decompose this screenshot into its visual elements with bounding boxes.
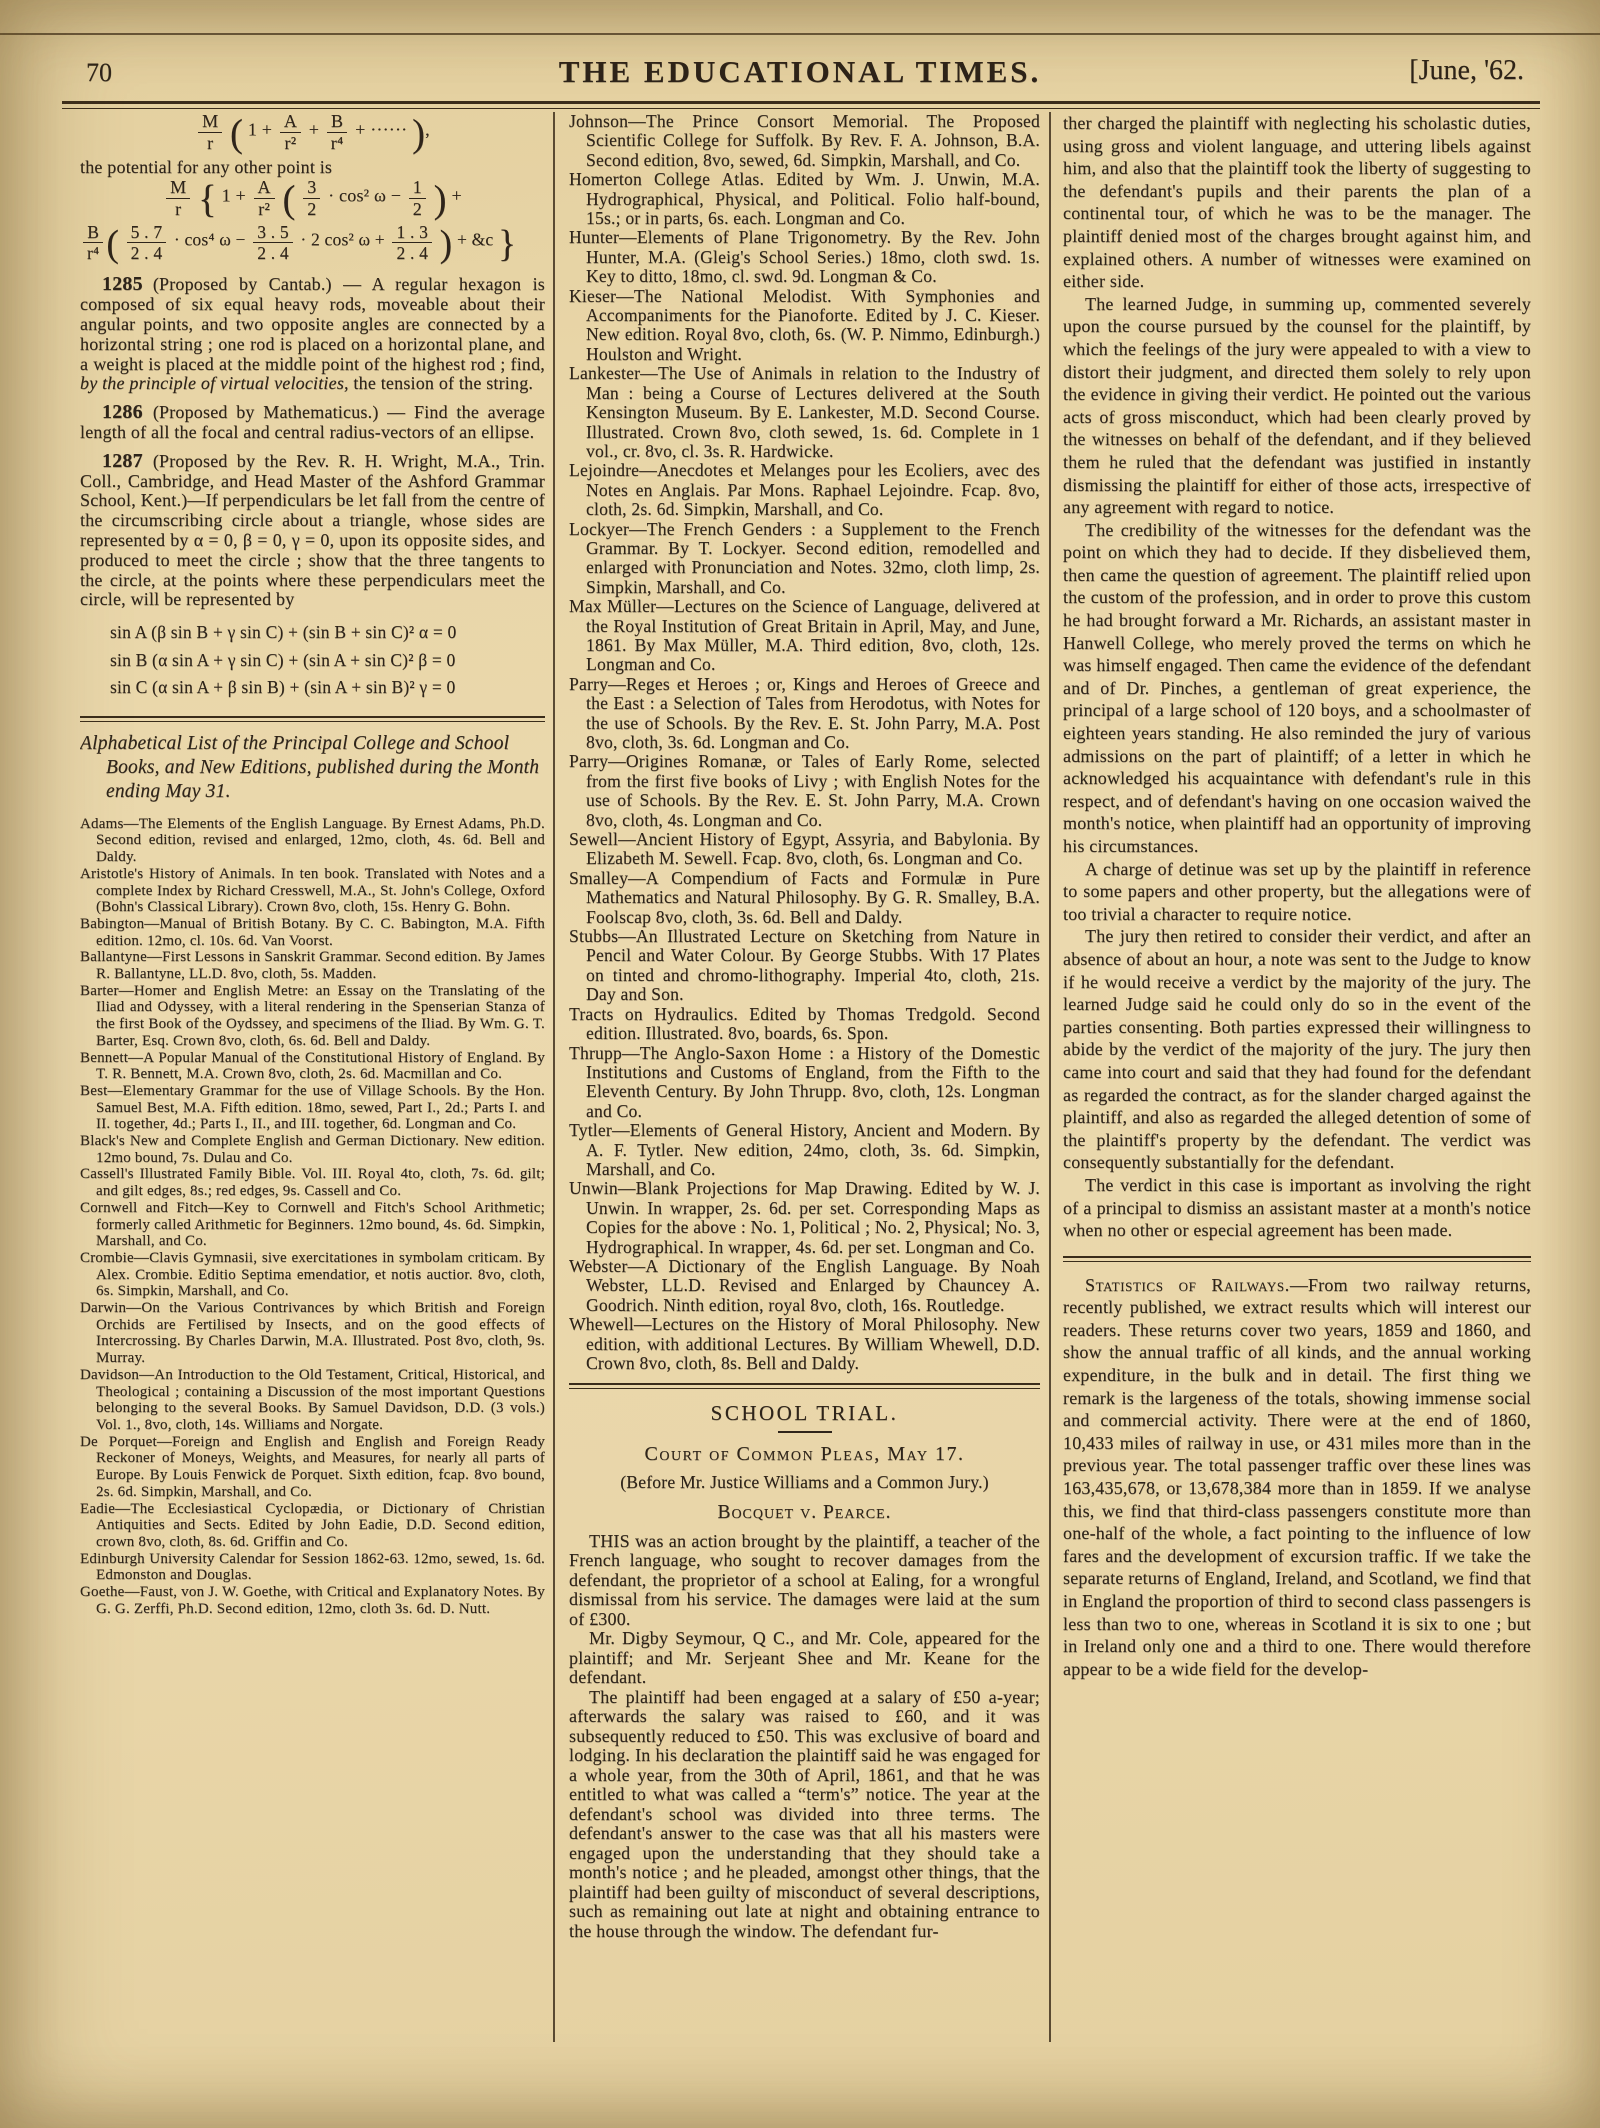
- book-list-heading: Alphabetical List of the Principal Colle…: [80, 732, 545, 804]
- section-double-rule: [569, 1383, 1040, 1389]
- middle-column: Johnson—The Prince Consort Memorial. The…: [569, 112, 1040, 2046]
- book-entry: Lejoindre—Anecdotes et Melanges pour les…: [569, 461, 1040, 519]
- book-entry: Edinburgh University Calendar for Sessio…: [80, 1551, 545, 1584]
- right-column: ther charged the plaintiff with neglecti…: [1063, 112, 1531, 2046]
- book-entry: Thrupp—The Anglo-Saxon Home : a History …: [569, 1044, 1040, 1122]
- book-entry: Tracts on Hydraulics. Edited by Thomas T…: [569, 1005, 1040, 1044]
- railways-heading: Statistics of Railways.: [1085, 1275, 1290, 1295]
- fraction: Mr: [166, 178, 190, 219]
- book-entry: Sewell—Ancient History of Egypt, Assyria…: [569, 830, 1040, 869]
- book-entry: Ballantyne—First Lessons in Sanskrit Gra…: [80, 949, 545, 982]
- book-entry: Max Müller—Lectures on the Science of La…: [569, 597, 1040, 675]
- book-entry: Black's New and Complete English and Ger…: [80, 1133, 545, 1166]
- book-entry: Bennett—A Popular Manual of the Constitu…: [80, 1050, 545, 1083]
- fraction: 32: [303, 178, 320, 219]
- book-entry: Parry—Origines Romanæ, or Tales of Early…: [569, 752, 1040, 830]
- equation-line: sin C (α sin A + β sin B) + (sin A + sin…: [80, 674, 545, 702]
- math-formula-potential: Mr { 1 + Ar² ( 32 · cos² ω − 12 ) +: [80, 178, 545, 222]
- book-entry: Goethe—Faust, von J. W. Goethe, with Cri…: [80, 1584, 545, 1617]
- math-formula-expansion: Br⁴( 5 . 72 . 4 · cos⁴ ω − 3 . 52 . 4 · …: [80, 222, 545, 266]
- fraction: Br⁴: [83, 223, 103, 263]
- trial-paragraph: Mr. Digby Seymour, Q C., and Mr. Cole, a…: [569, 1629, 1040, 1688]
- trial-paragraph: The plaintiff had been engaged at a sala…: [569, 1688, 1040, 1942]
- decorative-dash: [778, 1431, 832, 1433]
- section-double-rule: [1063, 1256, 1531, 1262]
- book-entry: Whewell—Lectures on the History of Moral…: [569, 1315, 1040, 1373]
- equation-line: sin B (α sin A + γ sin C) + (sin A + sin…: [80, 647, 545, 675]
- fraction: 3 . 52 . 4: [253, 223, 293, 263]
- book-entry: De Porquet—Foreign and English and Engli…: [80, 1434, 545, 1501]
- math-intro-text: the potential for any other point is: [80, 156, 545, 178]
- article-title: SCHOOL TRIAL.: [569, 1401, 1040, 1426]
- column-divider-right: [1049, 112, 1051, 2042]
- fraction: Ar²: [254, 178, 275, 219]
- book-entry: Smalley—A Compendium of Facts and Formul…: [569, 869, 1040, 927]
- fraction: 5 . 72 . 4: [127, 223, 167, 263]
- problem-1286: 1286(Proposed by Mathematicus.) — Find t…: [80, 403, 545, 443]
- book-entry: Darwin—On the Various Contrivances by wh…: [80, 1300, 545, 1367]
- problem-number: 1286: [102, 401, 143, 423]
- book-entry: Webster—A Dictionary of the English Lang…: [569, 1257, 1040, 1315]
- equation-line: sin A (β sin B + γ sin C) + (sin B + sin…: [80, 619, 545, 647]
- book-entry: Lankester—The Use of Animals in relation…: [569, 364, 1040, 461]
- problem-1285: 1285(Proposed by Cantab.) — A regular he…: [80, 275, 545, 394]
- trial-paragraph: THIS was an action brought by the plaint…: [569, 1532, 1040, 1630]
- page-top-rule: [0, 33, 1600, 35]
- problem-number: 1287: [102, 450, 143, 472]
- trial-paragraph: The verdict in this case is important as…: [1063, 1174, 1531, 1242]
- math-formula-series: Mr ( 1 + Ar² + Br⁴ + ······ ),: [80, 112, 545, 156]
- fraction: 1 . 32 . 4: [392, 223, 432, 263]
- book-entry: Aristotle's History of Animals. In ten b…: [80, 866, 545, 916]
- book-entry: Eadie—The Ecclesiastical Cyclopædia, or …: [80, 1501, 545, 1551]
- book-entry: Johnson—The Prince Consort Memorial. The…: [569, 112, 1040, 170]
- case-name: Bocquet v. Pearce.: [569, 1502, 1040, 1524]
- newspaper-page: 70 THE EDUCATIONAL TIMES. [June, '62. Mr…: [0, 0, 1600, 2128]
- fraction: Mr: [198, 112, 222, 153]
- trial-paragraph-continued: ther charged the plaintiff with neglecti…: [1063, 112, 1531, 293]
- fraction: Ar²: [280, 112, 301, 153]
- railways-paragraph: Statistics of Railways.—From two railway…: [1063, 1274, 1531, 1681]
- book-entry: Stubbs—An Illustrated Lecture on Sketchi…: [569, 927, 1040, 1005]
- trial-paragraph: The credibility of the witnesses for the…: [1063, 519, 1531, 858]
- book-entry: Parry—Reges et Heroes ; or, Kings and He…: [569, 675, 1040, 753]
- problem-number: 1285: [102, 273, 143, 295]
- book-entry: Best—Elementary Grammar for the use of V…: [80, 1083, 545, 1133]
- problem-1287: 1287(Proposed by the Rev. R. H. Wright, …: [80, 452, 545, 610]
- trial-paragraph: The learned Judge, in summing up, commen…: [1063, 293, 1531, 519]
- fraction: 12: [409, 178, 426, 219]
- book-entry: Crombie—Clavis Gymnasii, sive exercitati…: [80, 1250, 545, 1300]
- book-entry: Homerton College Atlas. Edited by Wm. J.…: [569, 170, 1040, 228]
- book-entry: Cornwell and Fitch—Key to Cornwell and F…: [80, 1200, 545, 1250]
- fraction: Br⁴: [327, 112, 348, 153]
- book-entry: Barter—Homer and English Metre: an Essay…: [80, 983, 545, 1050]
- book-entry: Babington—Manual of British Botany. By C…: [80, 916, 545, 949]
- section-double-rule: [80, 716, 545, 722]
- column-divider-left: [553, 112, 555, 2042]
- issue-date: [June, '62.: [1409, 55, 1524, 87]
- header-double-rule: [62, 101, 1540, 109]
- book-entry: Hunter—Elements of Plane Trigonometry. B…: [569, 228, 1040, 286]
- trial-paragraph: The jury then retired to consider their …: [1063, 925, 1531, 1174]
- book-entry: Unwin—Blank Projections for Map Drawing.…: [569, 1179, 1040, 1257]
- book-entry: Cassell's Illustrated Family Bible. Vol.…: [80, 1166, 545, 1199]
- left-column: Mr ( 1 + Ar² + Br⁴ + ······ ), the poten…: [80, 112, 545, 2046]
- book-entry: Adams—The Elements of the English Langua…: [80, 816, 545, 866]
- book-entry: Davidson—An Introduction to the Old Test…: [80, 1367, 545, 1434]
- trial-paragraph: A charge of detinue was set up by the pl…: [1063, 858, 1531, 926]
- journal-title: THE EDUCATIONAL TIMES.: [0, 54, 1600, 90]
- book-entry: Lockyer—The French Genders : a Supplemen…: [569, 520, 1040, 598]
- court-line: Court of Common Pleas, May 17.: [569, 1443, 1040, 1466]
- judge-line: (Before Mr. Justice Williams and a Commo…: [583, 1472, 1026, 1494]
- book-entry: Kieser—The National Melodist. With Symph…: [569, 287, 1040, 365]
- book-entry: Tytler—Elements of General History, Anci…: [569, 1121, 1040, 1179]
